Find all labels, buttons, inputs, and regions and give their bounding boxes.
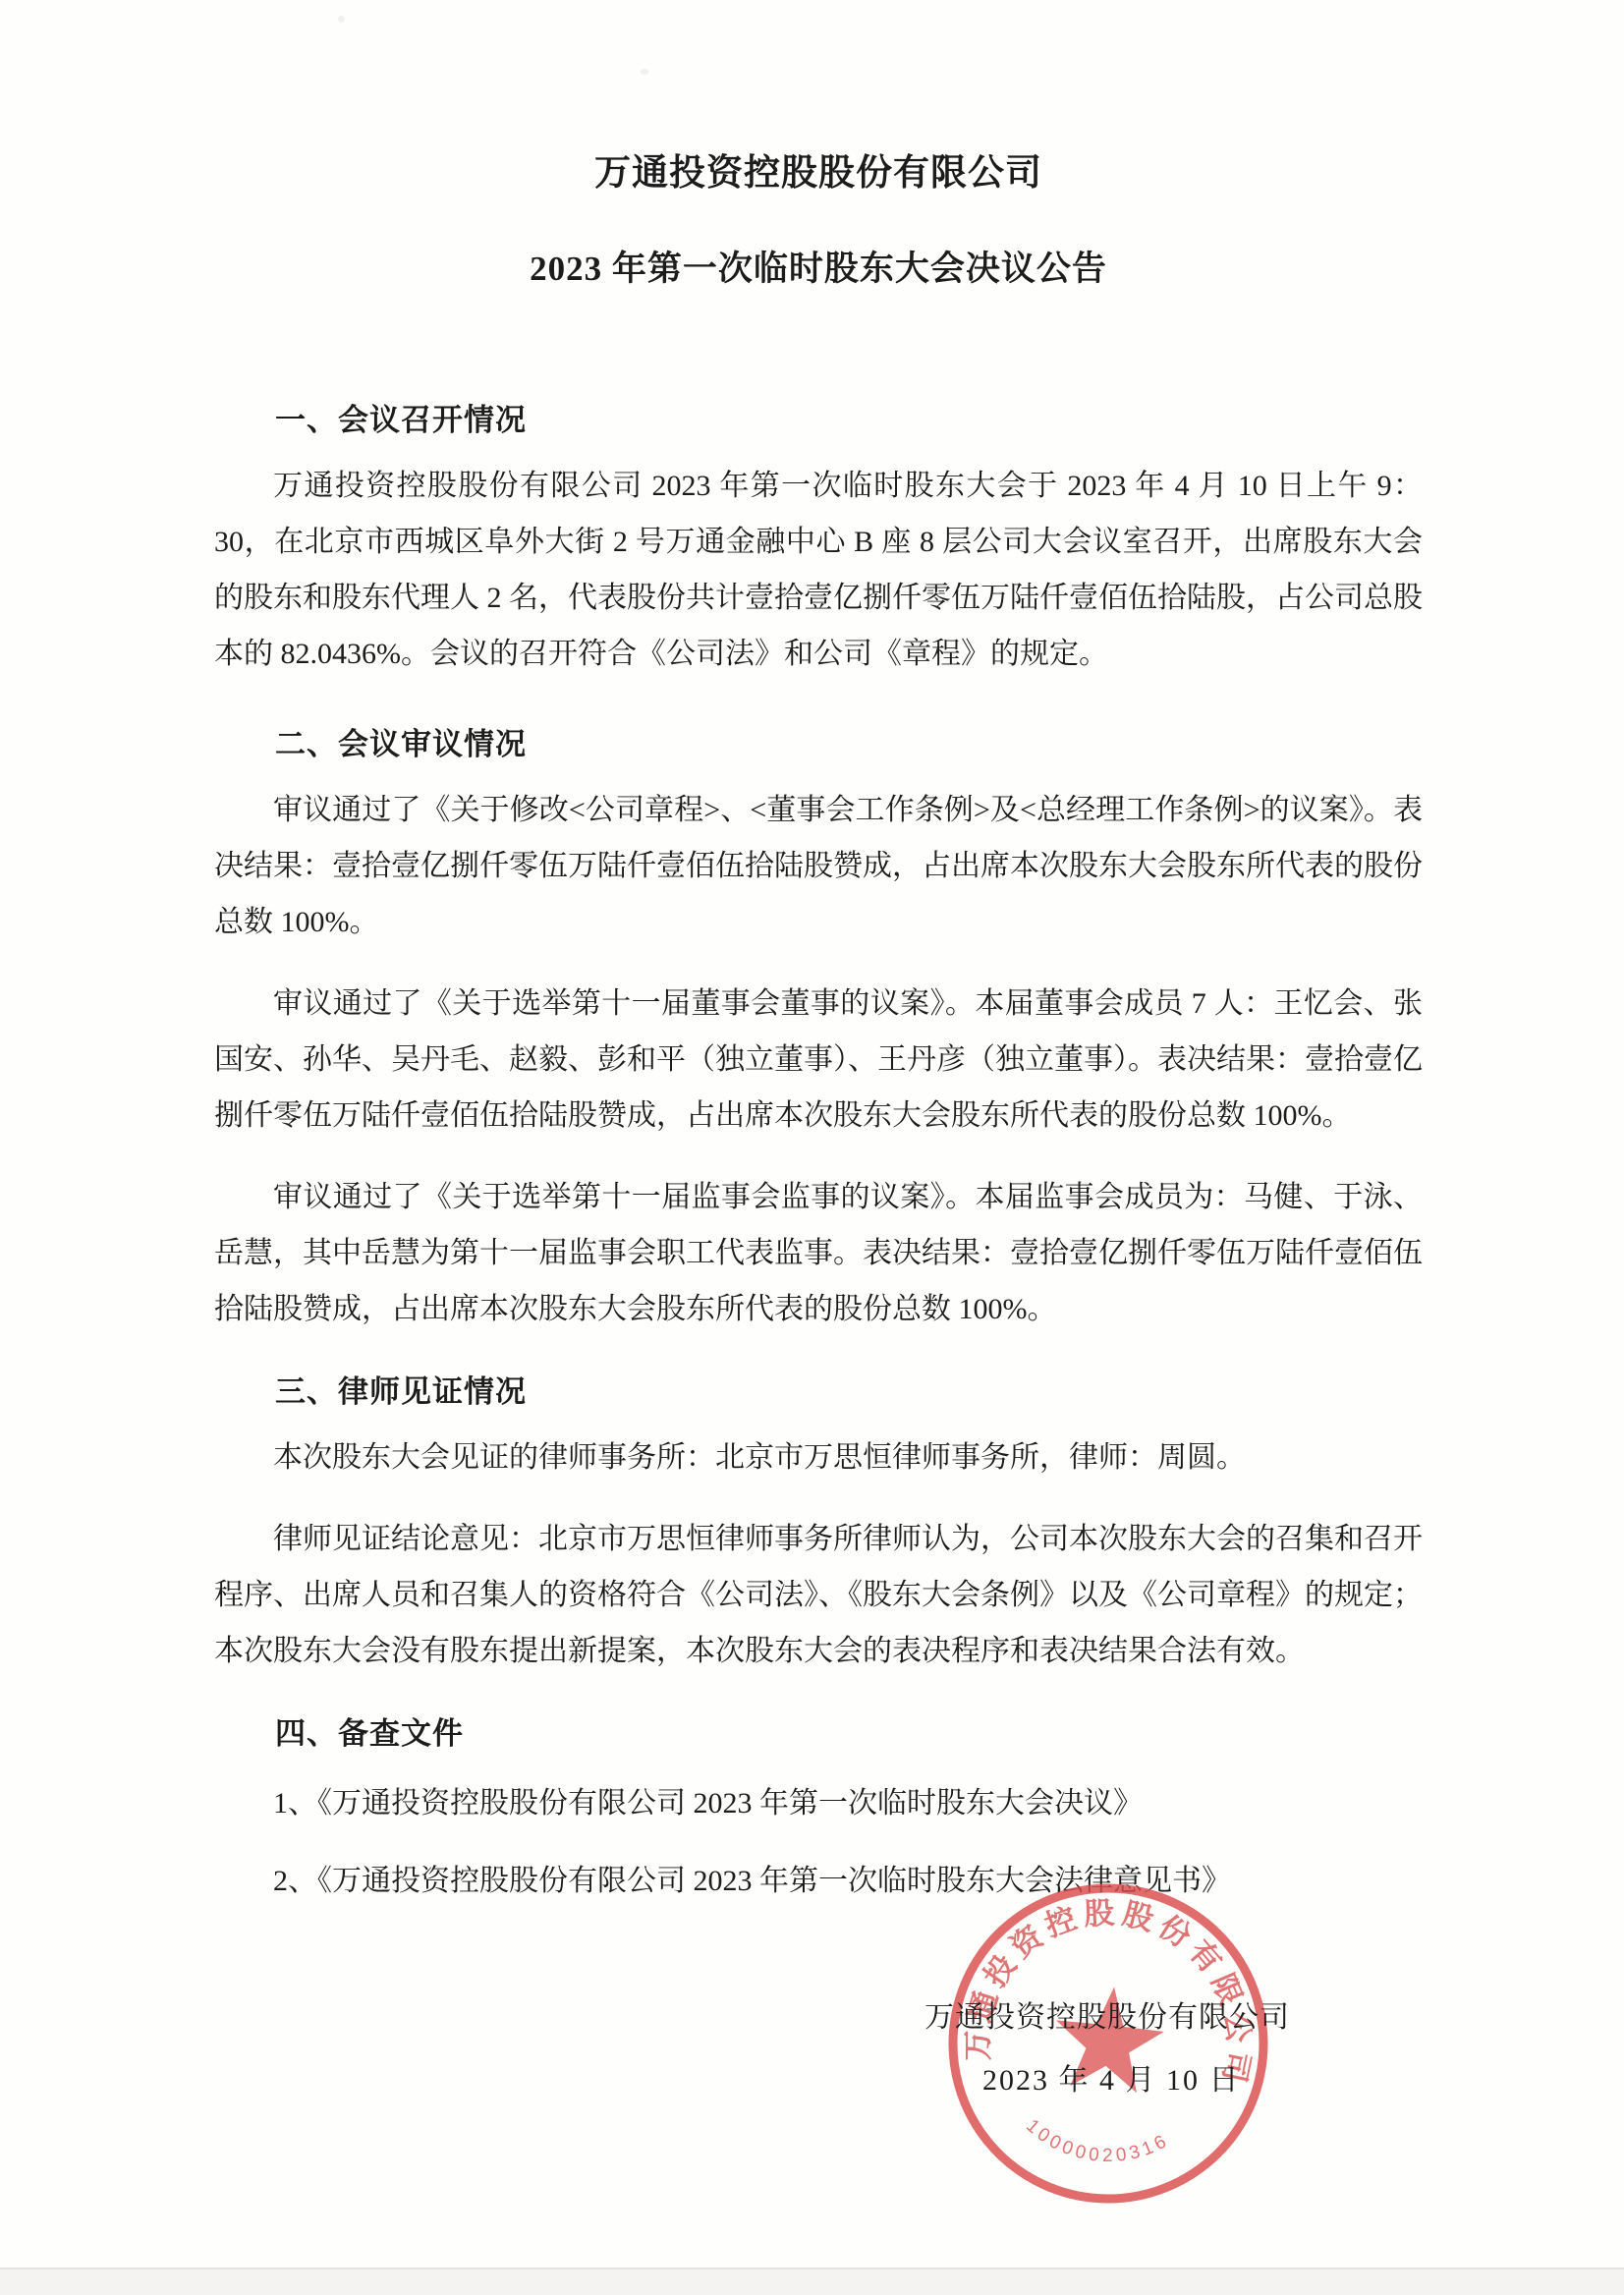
scan-speck xyxy=(338,16,345,23)
paragraph: 本次股东大会见证的律师事务所：北京市万思恒律师事务所，律师：周圆。 xyxy=(214,1429,1423,1485)
signature-date: 2023 年 4 月 10 日 xyxy=(982,2059,1241,2102)
company-seal-stamp: 万通投资控股股份有限公司 1100000203163 xyxy=(909,1844,1309,2244)
signature-company-name: 万通投资控股股份有限公司 xyxy=(924,1996,1290,2040)
paragraph: 审议通过了《关于选举第十一届董事会董事的议案》。本届董事会成员 7 人：王忆会、… xyxy=(214,976,1423,1144)
paragraph: 律师见证结论意见：北京市万思恒律师事务所律师认为，公司本次股东大会的召集和召开程… xyxy=(214,1511,1423,1679)
section-lawyer-witness: 三、律师见证情况 本次股东大会见证的律师事务所：北京市万思恒律师事务所，律师：周… xyxy=(214,1372,1423,1679)
section-heading: 二、会议审议情况 xyxy=(214,725,1423,764)
document-subtitle: 2023 年第一次临时股东大会决议公告 xyxy=(214,246,1423,293)
section-meeting-deliberation: 二、会议审议情况 审议通过了《关于修改<公司章程>、<董事会工作条例>及<总经理… xyxy=(214,725,1423,1337)
paragraph: 万通投资控股股份有限公司 2023 年第一次临时股东大会于 2023 年 4 月… xyxy=(214,458,1423,682)
page-scan-edge xyxy=(0,2267,1624,2295)
section-heading: 一、会议召开情况 xyxy=(214,401,1423,440)
document-page: 万通投资控股股份有限公司 2023 年第一次临时股东大会决议公告 一、会议召开情… xyxy=(0,0,1624,2295)
scan-speck xyxy=(641,69,648,75)
section-meeting-convening: 一、会议召开情况 万通投资控股股份有限公司 2023 年第一次临时股东大会于 2… xyxy=(214,401,1423,682)
document-body: 万通投资控股股份有限公司 2023 年第一次临时股东大会决议公告 一、会议召开情… xyxy=(214,0,1423,1909)
paragraph: 审议通过了《关于修改<公司章程>、<董事会工作条例>及<总经理工作条例>的议案》… xyxy=(214,782,1423,950)
section-heading: 四、备查文件 xyxy=(214,1714,1423,1754)
section-heading: 三、律师见证情况 xyxy=(214,1372,1423,1412)
paragraph: 审议通过了《关于选举第十一届监事会监事的议案》。本届监事会成员为：马健、于泳、岳… xyxy=(214,1169,1423,1337)
reference-document-item: 1、《万通投资控股股份有限公司 2023 年第一次临时股东大会决议》 xyxy=(214,1775,1423,1831)
document-title: 万通投资控股股份有限公司 xyxy=(214,0,1423,198)
